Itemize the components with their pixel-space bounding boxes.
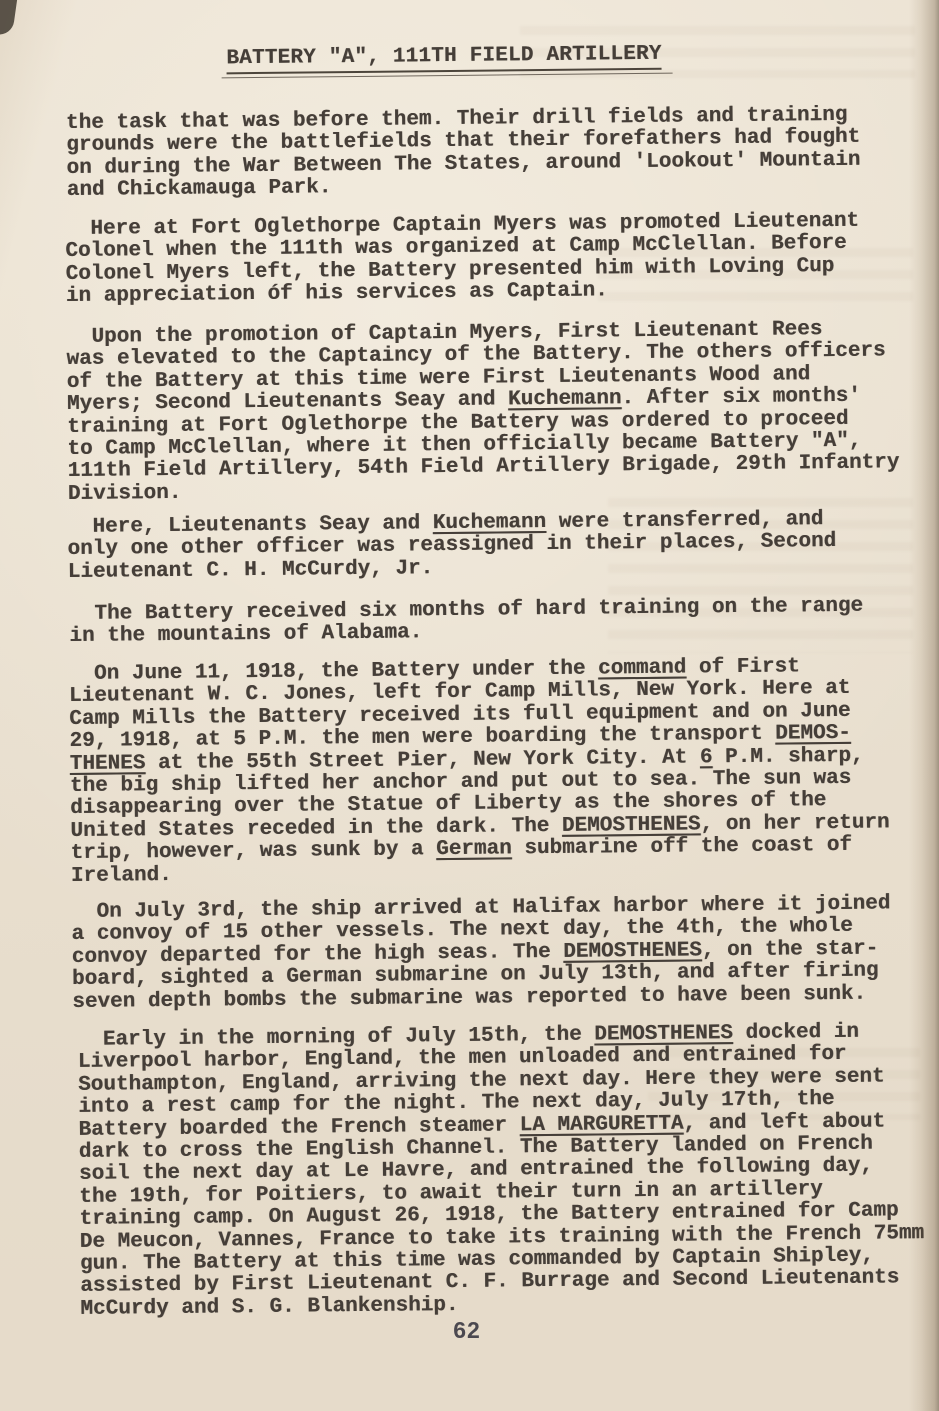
paragraph-7: On July 3rd, the ship arrived at Halifax… bbox=[71, 893, 891, 1014]
page-title: BATTERY "A", 111TH FIELD ARTILLERY bbox=[226, 44, 662, 75]
page-number: 62 bbox=[432, 1317, 502, 1344]
paragraph-5: The Battery received six months of hard … bbox=[69, 596, 863, 649]
paragraph-4: Here, Lieutenants Seay and Kuchemann wer… bbox=[67, 509, 836, 584]
paragraph-1: the task that was before them. Their dri… bbox=[66, 105, 861, 203]
paragraph-8: Early in the morning of July 15th, the D… bbox=[78, 1021, 925, 1321]
paragraph-6: On June 11, 1918, the Battery under the … bbox=[69, 655, 890, 888]
page-text-block: BATTERY "A", 111TH FIELD ARTILLERY the t… bbox=[0, 0, 939, 1411]
paragraph-3: Upon the promotion of Captain Myers, Fir… bbox=[66, 318, 900, 506]
page-edge-shadow bbox=[909, 0, 939, 1411]
paragraph-2: Here at Fort Oglethorpe Captain Myers wa… bbox=[65, 211, 860, 309]
scanned-book-page: BATTERY "A", 111TH FIELD ARTILLERY the t… bbox=[0, 0, 939, 1411]
page-title-text: BATTERY "A", 111TH FIELD ARTILLERY bbox=[226, 44, 662, 75]
